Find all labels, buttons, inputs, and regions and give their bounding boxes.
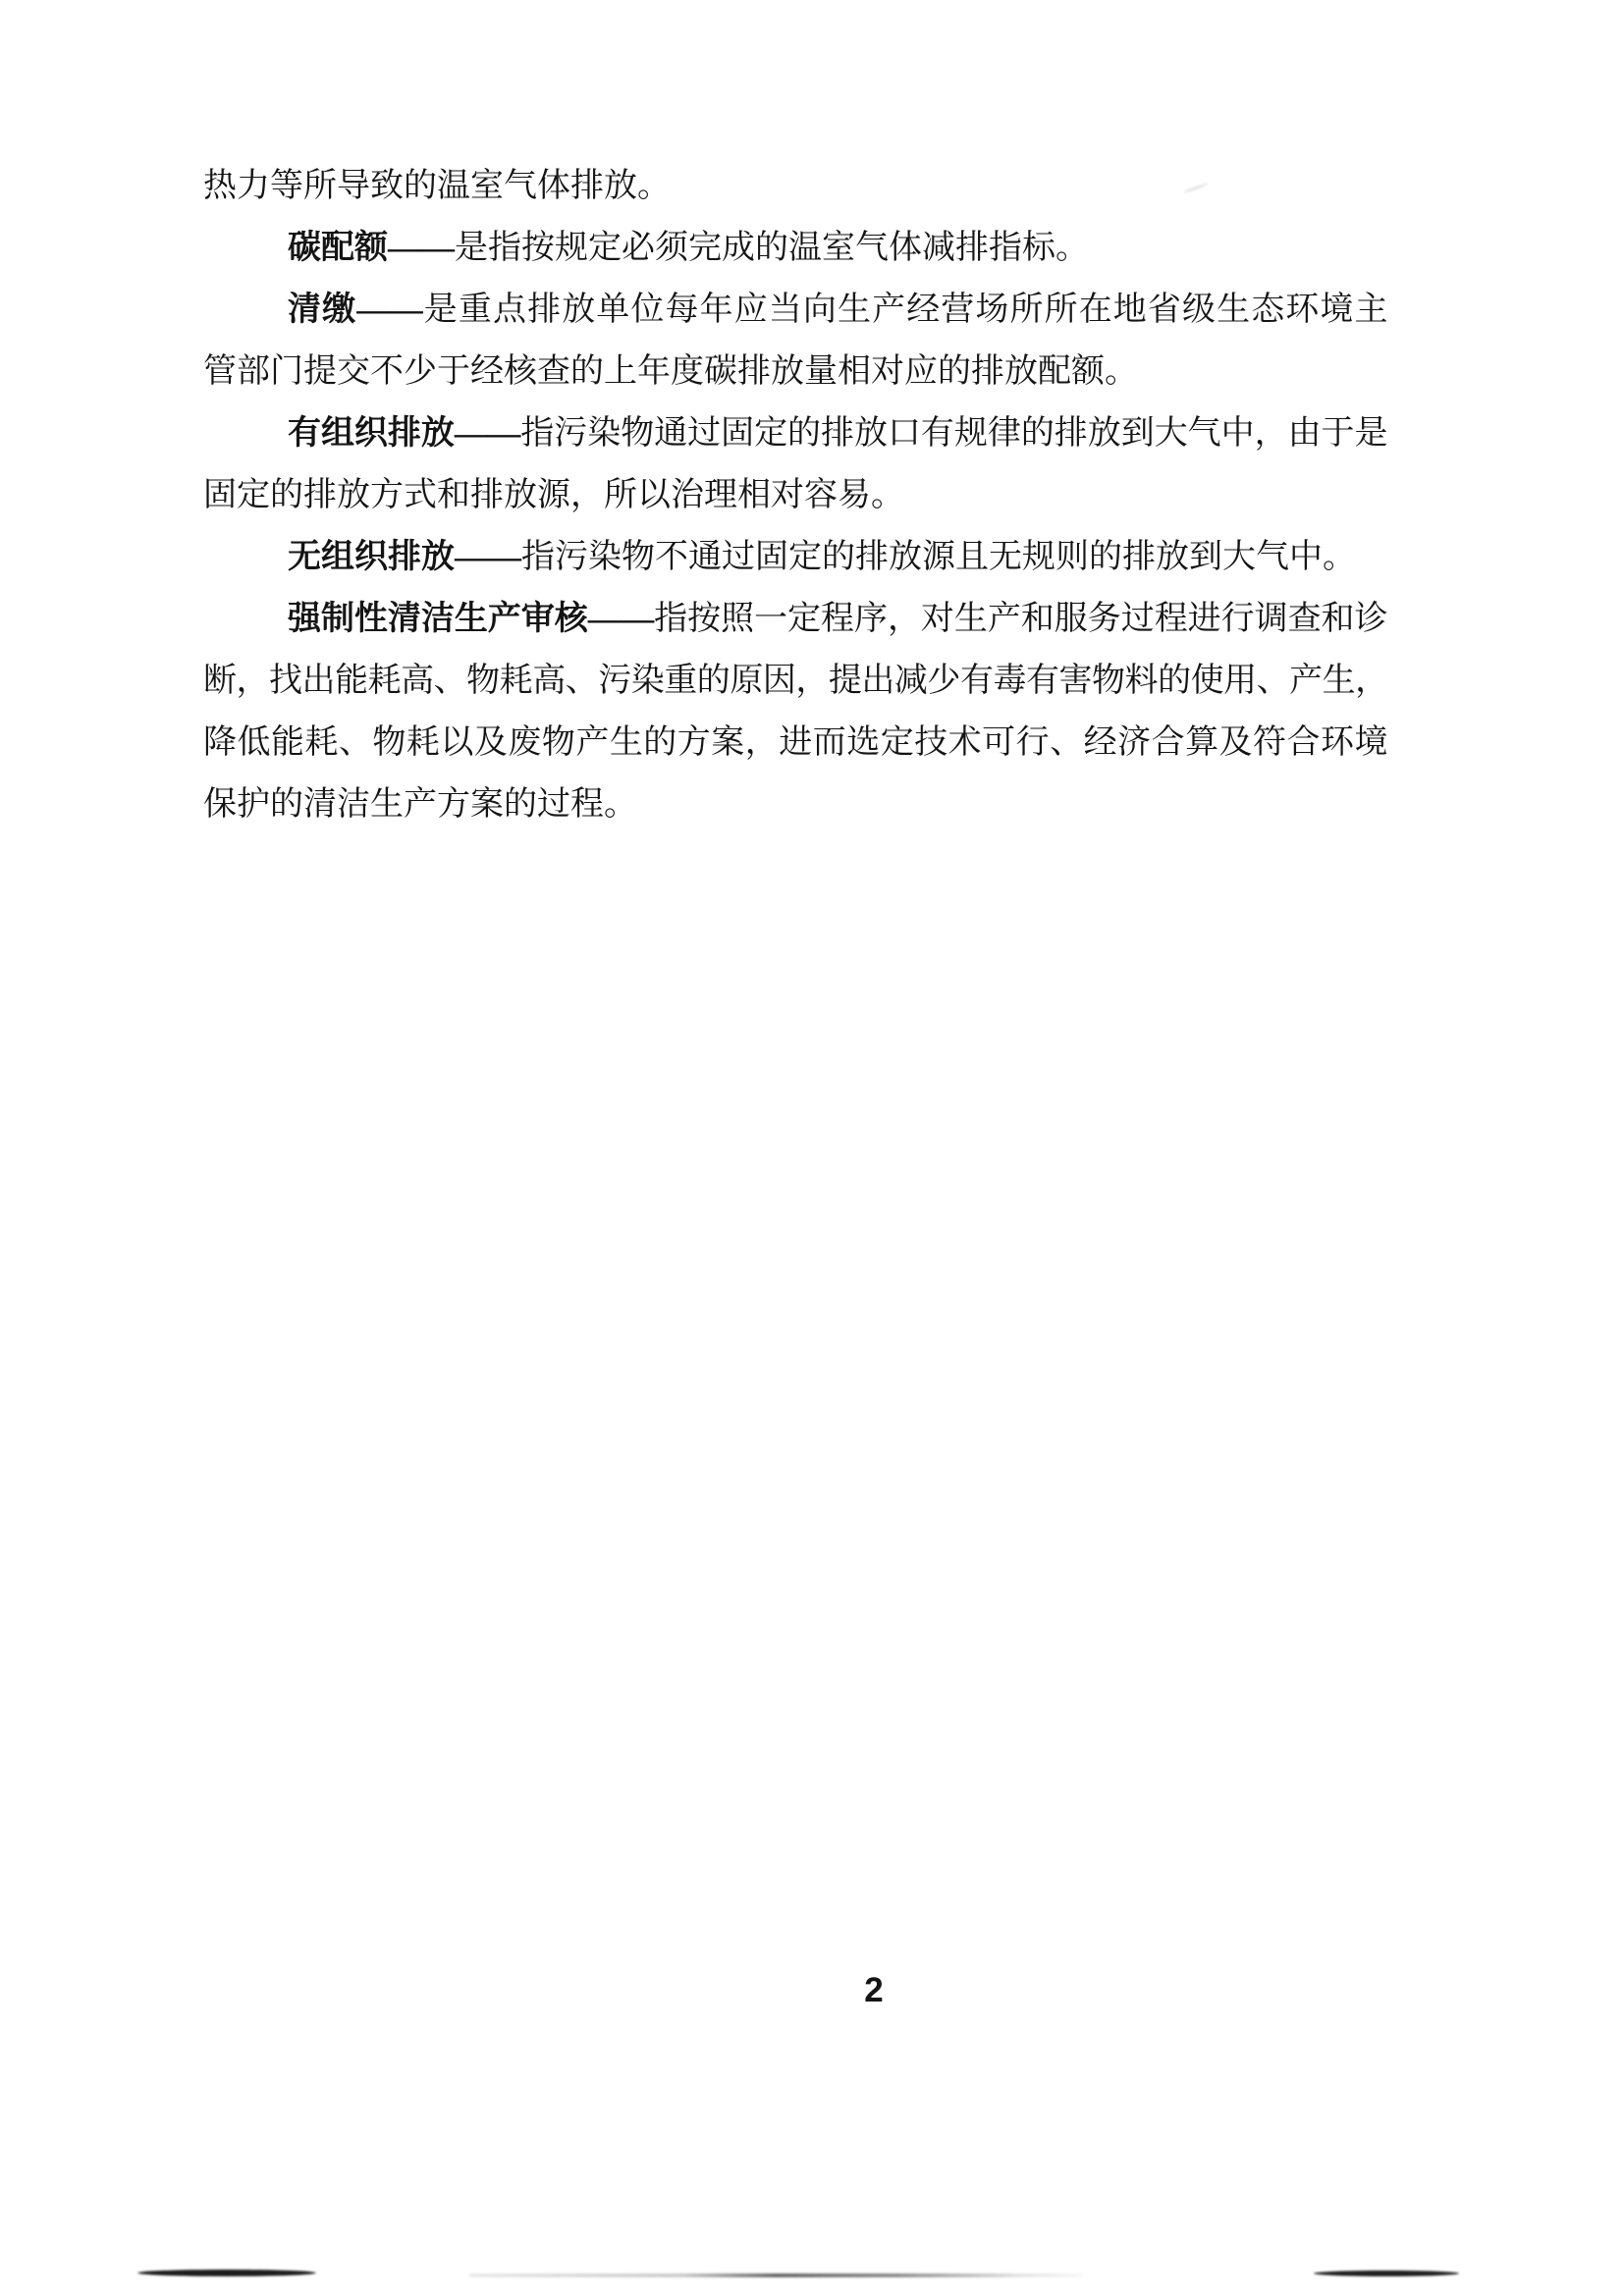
scan-artifact-smudge-right [1314, 2270, 1459, 2276]
text-line: 管部门提交不少于经核查的上年度碳排放量相对应的排放配额。 [203, 341, 1387, 402]
page-number: 2 [844, 1971, 903, 2010]
term-bold: 有组织排放—— [288, 415, 520, 452]
line-text: 管部门提交不少于经核查的上年度碳排放量相对应的排放配额。 [203, 353, 1138, 390]
text-line: 碳配额——是指按规定必须完成的温室气体减排指标。 [203, 217, 1387, 279]
line-text: 断，找出能耗高、物耗高、污染重的原因，提出减少有毒有害物料的使用、产生， [203, 663, 1387, 699]
text-line: 清缴——是重点排放单位每年应当向生产经营场所所在地省级生态环境主 [203, 279, 1387, 341]
text-line: 热力等所导致的温室气体排放。 [203, 155, 1387, 217]
line-text: 降低能耗、物耗以及废物产生的方案，进而选定技术可行、经济合算及符合环境 [203, 724, 1387, 761]
text-line: 固定的排放方式和排放源，所以治理相对容易。 [203, 464, 1387, 526]
term-bold: 碳配额—— [288, 230, 455, 266]
text-block: 热力等所导致的温室气体排放。 碳配额——是指按规定必须完成的温室气体减排指标。 … [203, 155, 1387, 835]
text-line: 降低能耗、物耗以及废物产生的方案，进而选定技术可行、经济合算及符合环境 [203, 712, 1387, 774]
line-text: 是重点排放单位每年应当向生产经营场所所在地省级生态环境主 [422, 292, 1387, 328]
text-line: 保护的清洁生产方案的过程。 [203, 774, 1387, 835]
line-text: 固定的排放方式和排放源，所以治理相对容易。 [203, 477, 904, 513]
line-text: 指污染物通过固定的排放口有规律的排放到大气中，由于是 [520, 415, 1387, 452]
text-line: 无组织排放——指污染物不通过固定的排放源且无规则的排放到大气中。 [203, 526, 1387, 588]
text-line: 有组织排放——指污染物通过固定的排放口有规律的排放到大气中，由于是 [203, 402, 1387, 464]
document-page: 热力等所导致的温室气体排放。 碳配额——是指按规定必须完成的温室气体减排指标。 … [0, 0, 1623, 2296]
term-bold: 无组织排放—— [288, 539, 521, 575]
line-text: 保护的清洁生产方案的过程。 [203, 786, 637, 823]
scan-artifact-smudge-center [469, 2273, 1083, 2277]
term-bold: 清缴—— [288, 292, 422, 328]
line-text: 热力等所导致的温室气体排放。 [203, 168, 671, 204]
line-text: 指污染物不通过固定的排放源且无规则的排放到大气中。 [521, 539, 1356, 575]
scan-artifact-smudge-left [137, 2269, 316, 2276]
line-text: 指按照一定程序，对生产和服务过程进行调查和诊 [654, 601, 1387, 637]
term-bold: 强制性清洁生产审核—— [288, 601, 654, 637]
text-line: 断，找出能耗高、物耗高、污染重的原因，提出减少有毒有害物料的使用、产生， [203, 650, 1387, 712]
line-text: 是指按规定必须完成的温室气体减排指标。 [455, 230, 1089, 266]
text-line: 强制性清洁生产审核——指按照一定程序，对生产和服务过程进行调查和诊 [203, 588, 1387, 650]
